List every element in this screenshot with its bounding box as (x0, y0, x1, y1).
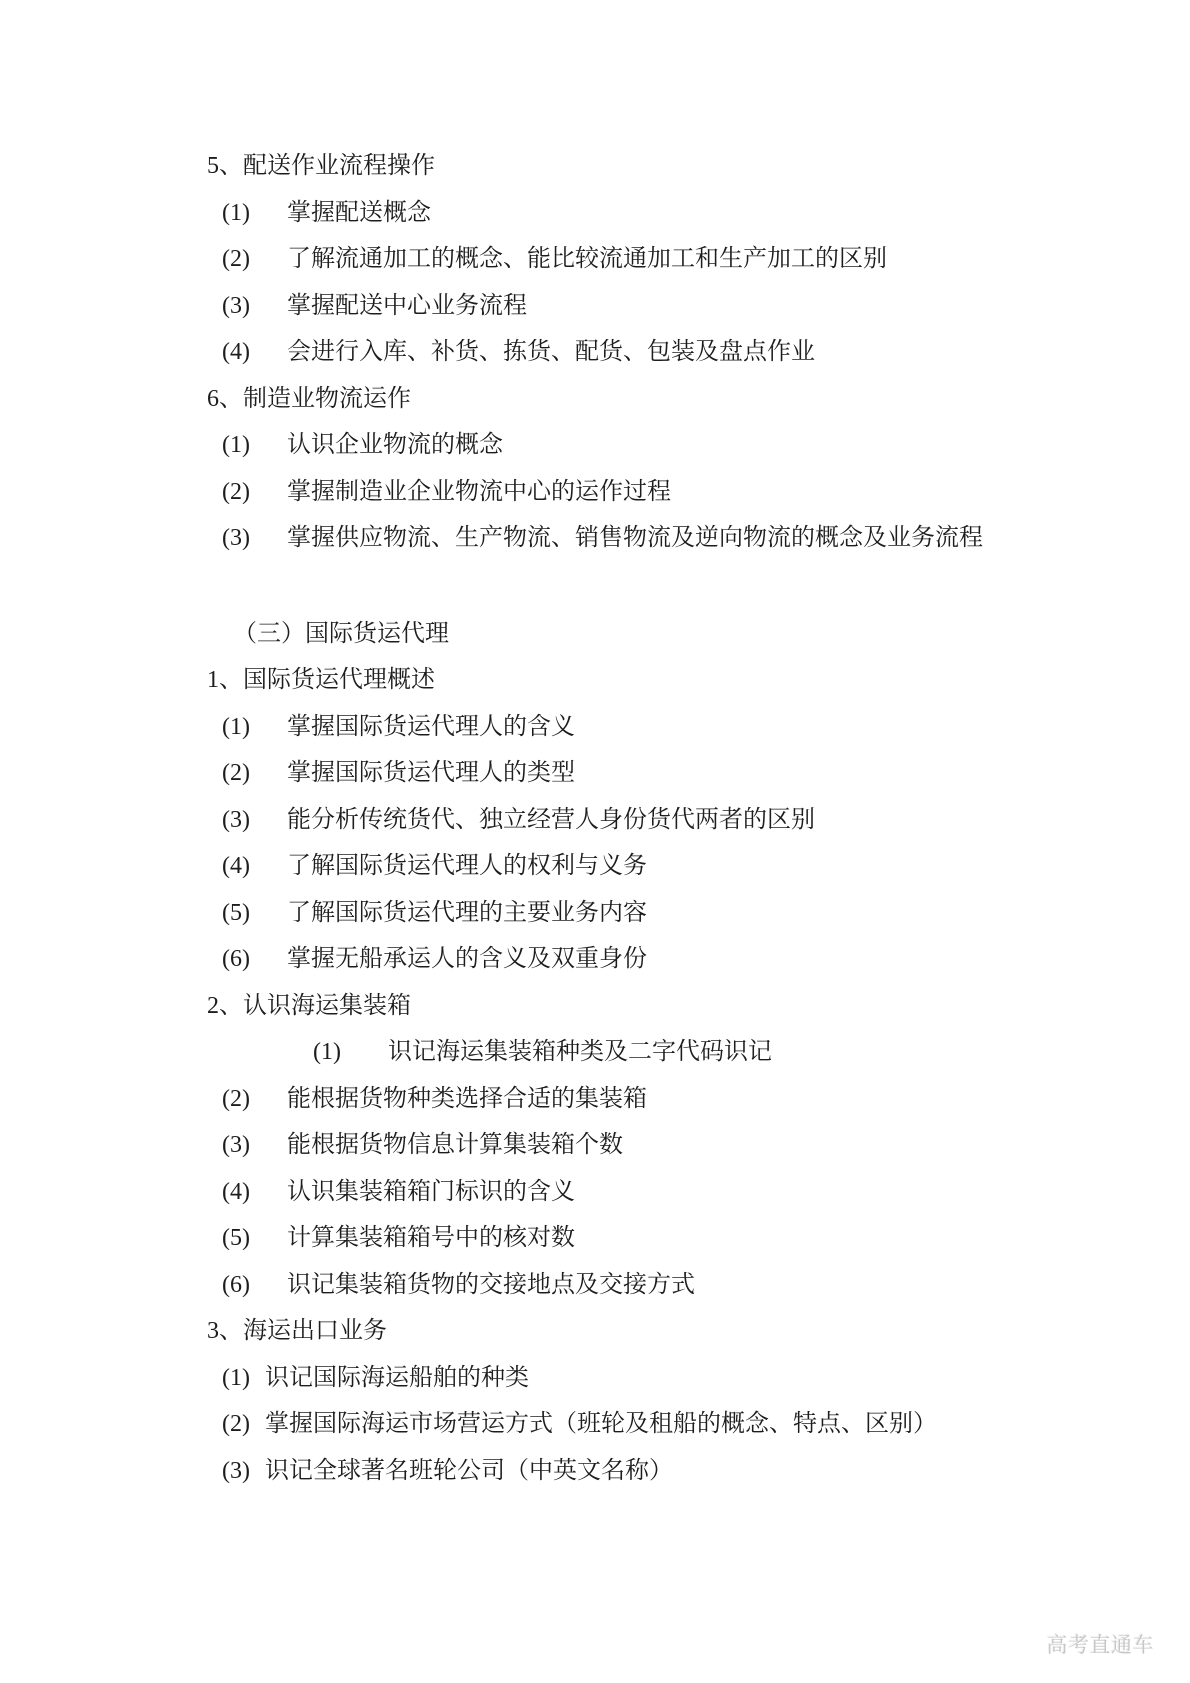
item-text: 掌握无船承运人的含义及双重身份 (287, 946, 647, 972)
item-number: (4) (222, 329, 287, 376)
section-heading: 3、海运出口业务 (0, 1308, 1190, 1355)
list-item: (1)掌握配送概念 (0, 190, 1190, 237)
item-text: 能根据货物种类选择合适的集装箱 (287, 1086, 647, 1112)
item-text: 了解流通加工的概念、能比较流通加工和生产加工的区别 (287, 246, 887, 272)
item-number: (2) (222, 236, 287, 283)
heading-text: 3、海运出口业务 (207, 1318, 387, 1344)
list-item: (2)了解流通加工的概念、能比较流通加工和生产加工的区别 (0, 236, 1190, 283)
item-text: 计算集装箱箱号中的核对数 (287, 1225, 575, 1251)
item-text: 掌握国际货运代理人的含义 (287, 714, 575, 740)
list-item: (1)认识企业物流的概念 (0, 422, 1190, 469)
item-number: (1) (222, 190, 287, 237)
item-text: 识记国际海运船舶的种类 (265, 1365, 529, 1391)
item-number: (5) (222, 890, 287, 937)
item-number: (1) (222, 704, 287, 751)
item-number: (5) (222, 1215, 287, 1262)
section-heading: 1、国际货运代理概述 (0, 657, 1190, 704)
heading-text: 5、配送作业流程操作 (207, 153, 435, 179)
item-text: 识记海运集装箱种类及二字代码识记 (388, 1039, 772, 1065)
section-heading: 6、制造业物流运作 (0, 376, 1190, 423)
list-item: (2)掌握制造业企业物流中心的运作过程 (0, 469, 1190, 516)
list-item: (1)掌握国际货运代理人的含义 (0, 704, 1190, 751)
list-item: (3)掌握供应物流、生产物流、销售物流及逆向物流的概念及业务流程 (0, 515, 1190, 562)
heading-text: 6、制造业物流运作 (207, 386, 411, 412)
list-item: (1)识记海运集装箱种类及二字代码识记 (0, 1029, 1190, 1076)
item-number: (1) (222, 1355, 265, 1402)
list-item: (3)能根据货物信息计算集装箱个数 (0, 1122, 1190, 1169)
item-text: 认识企业物流的概念 (287, 432, 503, 458)
item-number: (3) (222, 1122, 287, 1169)
item-number: (4) (222, 843, 287, 890)
item-number: (2) (222, 1401, 265, 1448)
list-item: (5)计算集装箱箱号中的核对数 (0, 1215, 1190, 1262)
item-text: 掌握供应物流、生产物流、销售物流及逆向物流的概念及业务流程 (287, 525, 983, 551)
item-text: 掌握国际海运市场营运方式（班轮及租船的概念、特点、区别） (265, 1411, 937, 1437)
item-number: (3) (222, 515, 287, 562)
item-number: (1) (313, 1029, 388, 1076)
list-item: (3)识记全球著名班轮公司（中英文名称） (0, 1448, 1190, 1495)
heading-text: 1、国际货运代理概述 (207, 667, 435, 693)
item-text: 认识集装箱箱门标识的含义 (287, 1179, 575, 1205)
list-item: (1)识记国际海运船舶的种类 (0, 1355, 1190, 1402)
list-item: (6)掌握无船承运人的含义及双重身份 (0, 936, 1190, 983)
item-number: (3) (222, 797, 287, 844)
list-item: (6)识记集装箱货物的交接地点及交接方式 (0, 1262, 1190, 1309)
list-item: (4)会进行入库、补货、拣货、配货、包装及盘点作业 (0, 329, 1190, 376)
list-item: (3)掌握配送中心业务流程 (0, 283, 1190, 330)
section-heading: 5、配送作业流程操作 (0, 143, 1190, 190)
item-number: (3) (222, 1448, 265, 1495)
item-text: 掌握配送概念 (287, 200, 431, 226)
heading-text: （三）国际货运代理 (233, 621, 449, 647)
list-item: (5)了解国际货运代理的主要业务内容 (0, 890, 1190, 937)
item-text: 识记全球著名班轮公司（中英文名称） (265, 1458, 673, 1484)
list-item: (4)认识集装箱箱门标识的含义 (0, 1169, 1190, 1216)
item-text: 了解国际货运代理的主要业务内容 (287, 900, 647, 926)
item-text: 会进行入库、补货、拣货、配货、包装及盘点作业 (287, 339, 815, 365)
item-number: (4) (222, 1169, 287, 1216)
item-text: 能根据货物信息计算集装箱个数 (287, 1132, 623, 1158)
list-item: (3)能分析传统货代、独立经营人身份货代两者的区别 (0, 797, 1190, 844)
item-number: (2) (222, 1076, 287, 1123)
item-text: 了解国际货运代理人的权利与义务 (287, 853, 647, 879)
list-item: (2)能根据货物种类选择合适的集装箱 (0, 1076, 1190, 1123)
document-body: 5、配送作业流程操作(1)掌握配送概念(2)了解流通加工的概念、能比较流通加工和… (0, 143, 1190, 1494)
item-text: 掌握国际货运代理人的类型 (287, 760, 575, 786)
item-text: 识记集装箱货物的交接地点及交接方式 (287, 1272, 695, 1298)
item-number: (6) (222, 936, 287, 983)
heading-text: 2、认识海运集装箱 (207, 993, 411, 1019)
item-number: (3) (222, 283, 287, 330)
item-text: 掌握制造业企业物流中心的运作过程 (287, 479, 671, 505)
watermark: 高考直通车 (1047, 1629, 1155, 1659)
item-text: 能分析传统货代、独立经营人身份货代两者的区别 (287, 807, 815, 833)
section-heading: 2、认识海运集装箱 (0, 983, 1190, 1030)
list-item: (2)掌握国际海运市场营运方式（班轮及租船的概念、特点、区别） (0, 1401, 1190, 1448)
list-item: (2)掌握国际货运代理人的类型 (0, 750, 1190, 797)
item-number: (2) (222, 750, 287, 797)
subsection-heading: （三）国际货运代理 (0, 611, 1190, 658)
item-text: 掌握配送中心业务流程 (287, 293, 527, 319)
list-item: (4)了解国际货运代理人的权利与义务 (0, 843, 1190, 890)
item-number: (2) (222, 469, 287, 516)
item-number: (6) (222, 1262, 287, 1309)
item-number: (1) (222, 422, 287, 469)
